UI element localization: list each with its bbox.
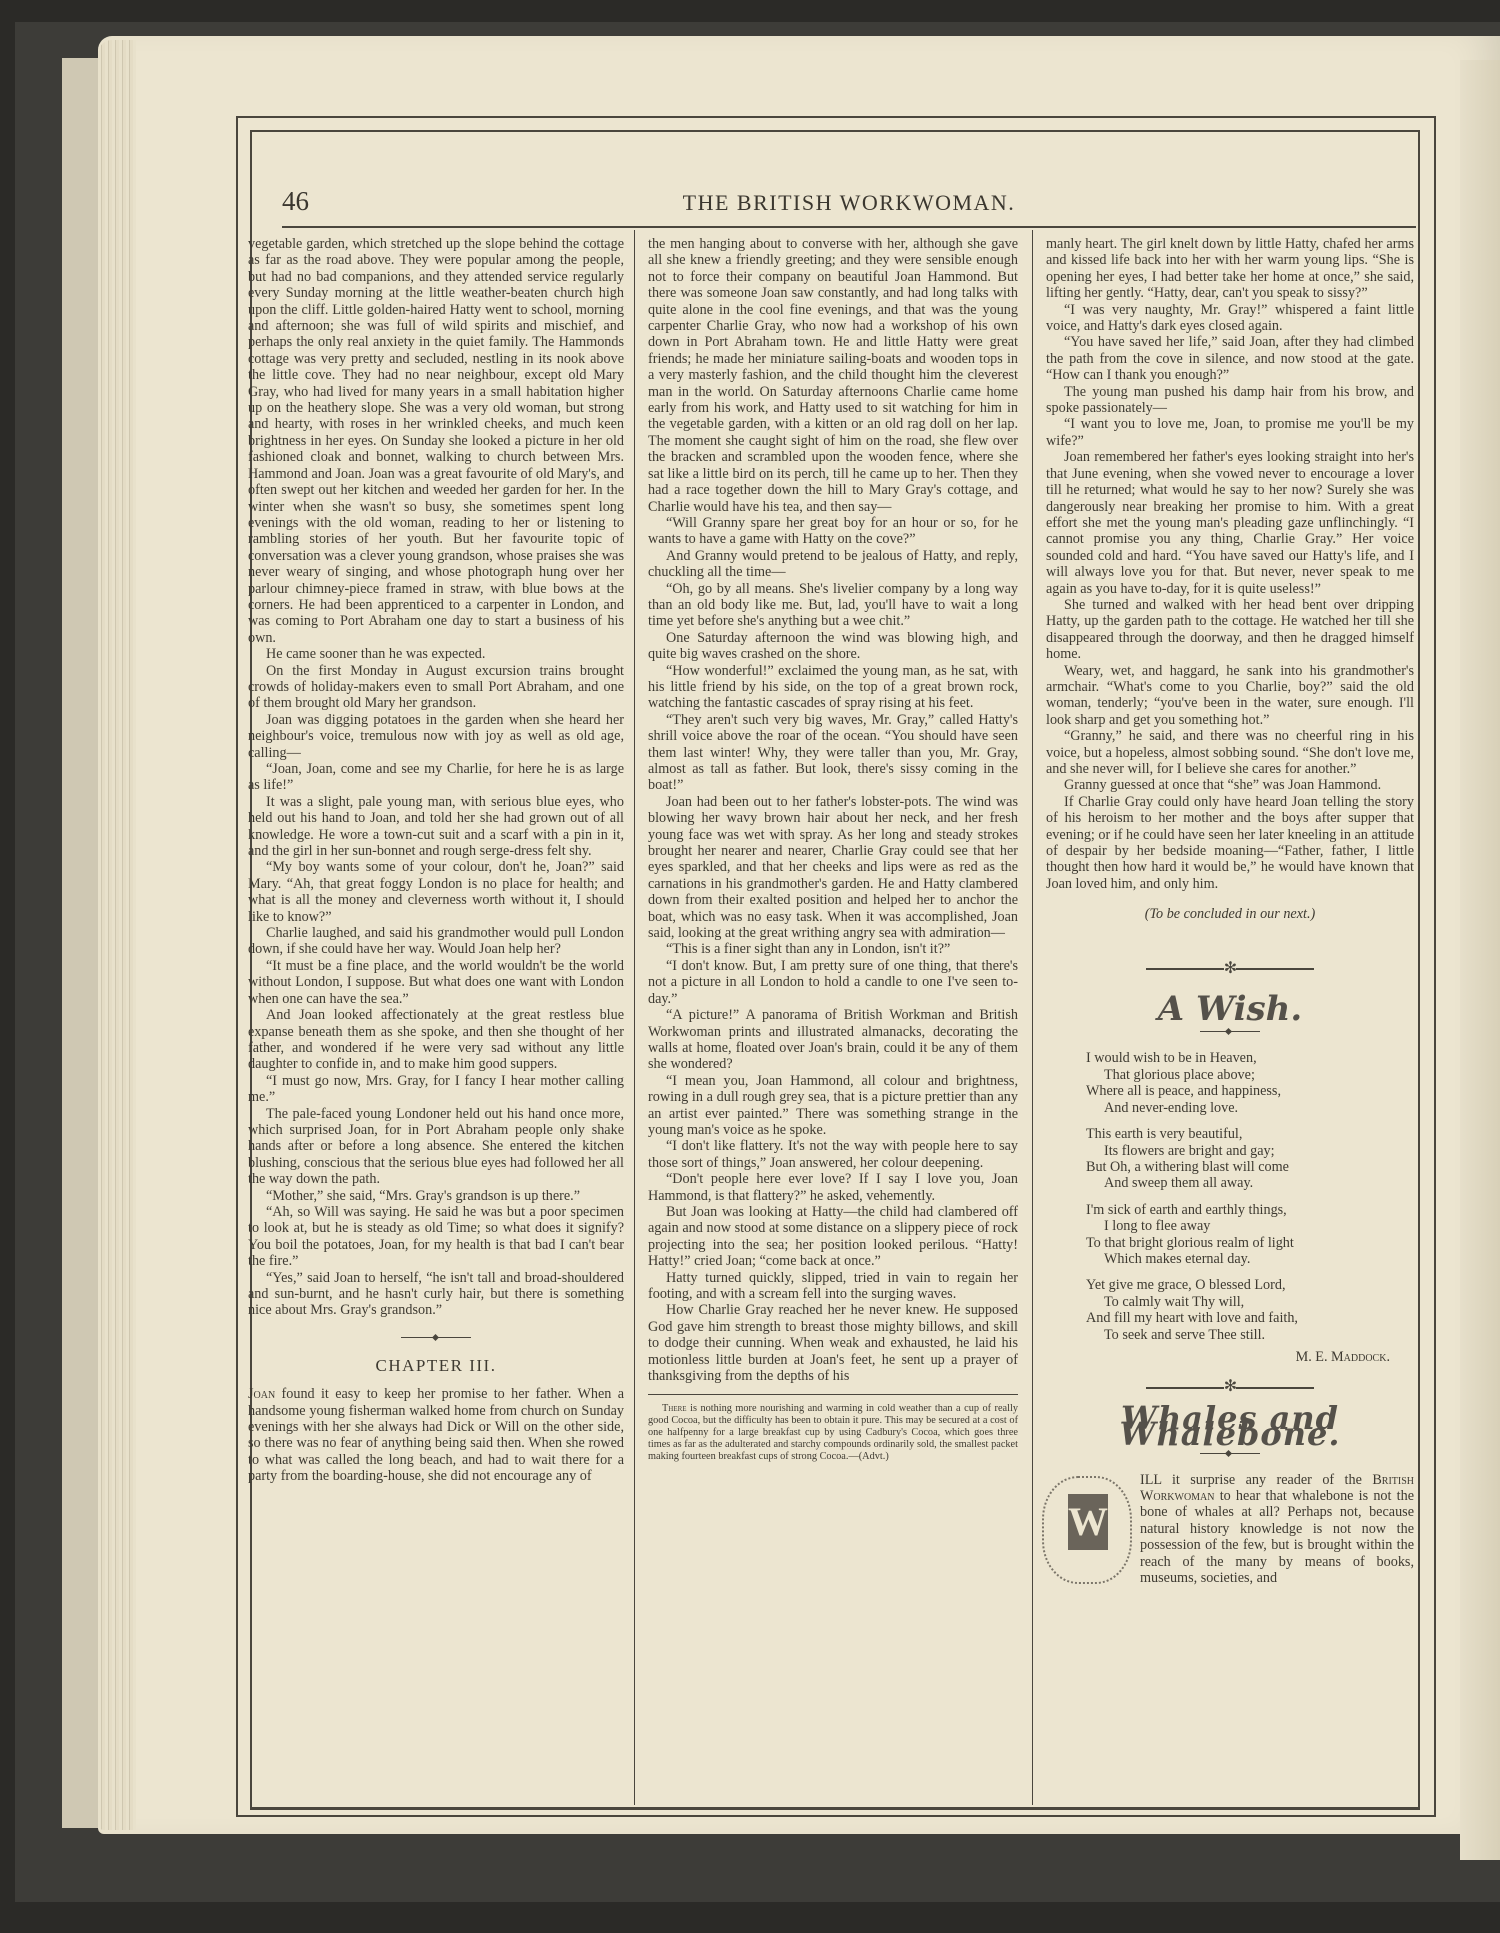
poem-stanza: I'm sick of earth and earthly things, I …: [1086, 1202, 1414, 1268]
page-stack-edges: [98, 40, 136, 1830]
cocoa-advertisement: There is nothing more nourishing and war…: [648, 1394, 1018, 1462]
poem-line: This earth is very beautiful,: [1086, 1126, 1414, 1142]
paragraph: “My boy wants some of your colour, don't…: [248, 859, 624, 925]
chapter-text: found it easy to keep her promise to her…: [248, 1386, 624, 1484]
paragraph: The pale-faced young Londoner held out h…: [248, 1106, 624, 1188]
paragraph: How Charlie Gray reached her he never kn…: [648, 1302, 1018, 1384]
section-divider: [401, 1337, 471, 1338]
poem-author: M. E. Maddock.: [1046, 1349, 1390, 1365]
poem-line: Its flowers are bright and gay;: [1086, 1143, 1414, 1159]
advert-lead-word: There: [662, 1403, 687, 1414]
publication-title: THE BRITISH WORKWOMAN.: [282, 190, 1416, 216]
poem-line: To seek and serve Thee still.: [1086, 1327, 1414, 1343]
poem-line: Which makes eternal day.: [1086, 1251, 1414, 1267]
paragraph: And Joan looked affectionately at the gr…: [248, 1007, 624, 1073]
advert-text: is nothing more nourishing and warming i…: [648, 1403, 1018, 1461]
chapter-opening-paragraph: Joan found it easy to keep her promise t…: [248, 1386, 624, 1484]
paragraph: Hatty turned quickly, slipped, tried in …: [648, 1270, 1018, 1303]
poem-stanza: I would wish to be in Heaven, That glori…: [1086, 1050, 1414, 1116]
paragraph: “How wonderful!” exclaimed the young man…: [648, 663, 1018, 712]
paragraph: On the first Monday in August excursion …: [248, 663, 624, 712]
paragraph: Weary, wet, and haggard, he sank into hi…: [1046, 663, 1414, 729]
poem-line: To that bright glorious realm of light: [1086, 1235, 1414, 1251]
paragraph: the men hanging about to converse with h…: [648, 236, 1018, 515]
paragraph: “I must go now, Mrs. Gray, for I fancy I…: [248, 1073, 624, 1106]
poem-line: I'm sick of earth and earthly things,: [1086, 1202, 1414, 1218]
ornamental-divider: ✻: [1046, 1379, 1414, 1395]
paragraph: “Granny,” he said, and there was no chee…: [1046, 728, 1414, 777]
paragraph: “It must be a fine place, and the world …: [248, 958, 624, 1007]
paragraph: Joan was digging potatoes in the garden …: [248, 712, 624, 761]
ornamental-divider: ✻: [1046, 961, 1414, 977]
column-3: manly heart. The girl knelt down by litt…: [1046, 236, 1414, 1586]
column-1: vegetable garden, which stretched up the…: [248, 236, 624, 1485]
poem-stanza: This earth is very beautiful, Its flower…: [1086, 1126, 1414, 1192]
paragraph: “You have saved her life,” said Joan, af…: [1046, 334, 1414, 383]
paragraph: “I mean you, Joan Hammond, all colour an…: [648, 1073, 1018, 1139]
previous-page-edge: [62, 58, 102, 1828]
paragraph: “Joan, Joan, come and see my Charlie, fo…: [248, 761, 624, 794]
paragraph: “I was very naughty, Mr. Gray!” whispere…: [1046, 302, 1414, 335]
paragraph: “A picture!” A panorama of British Workm…: [648, 1007, 1018, 1073]
drop-cap-letter: W: [1068, 1494, 1108, 1550]
column-rule-1: [634, 230, 635, 1805]
poem-line: Yet give me grace, O blessed Lord,: [1086, 1277, 1414, 1293]
article-body: W ILL it surprise any reader of the Brit…: [1046, 1472, 1414, 1587]
poem-line: And fill my heart with love and faith,: [1086, 1310, 1414, 1326]
paragraph: The young man pushed his damp hair from …: [1046, 384, 1414, 417]
ornamental-drop-cap: W: [1042, 1476, 1132, 1584]
title-rule: [1200, 1031, 1260, 1032]
paragraph: “Ah, so Will was saying. He said he was …: [248, 1204, 624, 1270]
paragraph: She turned and walked with her head bent…: [1046, 597, 1414, 663]
paragraph: “Yes,” said Joan to herself, “he isn't t…: [248, 1270, 624, 1319]
paragraph: “I want you to love me, Joan, to promise…: [1046, 416, 1414, 449]
paragraph: Granny guessed at once that “she” was Jo…: [1046, 777, 1414, 793]
paragraph: Joan remembered her father's eyes lookin…: [1046, 449, 1414, 597]
paragraph: “I don't know. But, I am pretty sure of …: [648, 958, 1018, 1007]
facing-page-edge: [1460, 60, 1500, 1860]
paragraph: If Charlie Gray could only have heard Jo…: [1046, 794, 1414, 892]
paragraph: “They aren't such very big waves, Mr. Gr…: [648, 712, 1018, 794]
paragraph: He came sooner than he was expected.: [248, 646, 624, 662]
poem-line: To calmly wait Thy will,: [1086, 1294, 1414, 1310]
article-title: Whales and Whalebone.: [1046, 1410, 1414, 1443]
poem-line: And never-ending love.: [1086, 1100, 1414, 1116]
poem-title: A Wish.: [1046, 1001, 1414, 1017]
poem-line: I long to flee away: [1086, 1218, 1414, 1234]
paragraph: One Saturday afternoon the wind was blow…: [648, 630, 1018, 663]
title-rule: [1200, 1453, 1260, 1454]
poem-line: Where all is peace, and happiness,: [1086, 1083, 1414, 1099]
paragraph: “This is a finer sight than any in Londo…: [648, 941, 1018, 957]
column-rule-2: [1032, 230, 1033, 1805]
poem-line: That glorious place above;: [1086, 1067, 1414, 1083]
paragraph: “Will Granny spare her great boy for an …: [648, 515, 1018, 548]
chapter-heading: CHAPTER III.: [248, 1358, 624, 1374]
paragraph: “Don't people here ever love? If I say I…: [648, 1171, 1018, 1204]
paragraph: Joan had been out to her father's lobste…: [648, 794, 1018, 942]
article-text: ILL it surprise any reader of the: [1140, 1472, 1362, 1488]
continued-note: (To be concluded in our next.): [1046, 906, 1414, 922]
paragraph: “Mother,” she said, “Mrs. Gray's grandso…: [248, 1188, 624, 1204]
paragraph: Charlie laughed, and said his grandmothe…: [248, 925, 624, 958]
paragraph: “I don't like flattery. It's not the way…: [648, 1138, 1018, 1171]
poem-line: And sweep them all away.: [1086, 1175, 1414, 1191]
column-2: the men hanging about to converse with h…: [648, 236, 1018, 1462]
paragraph: vegetable garden, which stretched up the…: [248, 236, 624, 646]
paragraph: manly heart. The girl knelt down by litt…: [1046, 236, 1414, 302]
poem-stanza: Yet give me grace, O blessed Lord, To ca…: [1086, 1277, 1414, 1343]
poem-line: But Oh, a withering blast will come: [1086, 1159, 1414, 1175]
paragraph: “Oh, go by all means. She's livelier com…: [648, 581, 1018, 630]
lead-word: Joan: [248, 1386, 275, 1402]
paragraph: It was a slight, pale young man, with se…: [248, 794, 624, 860]
running-header: 46 THE BRITISH WORKWOMAN.: [282, 186, 1416, 228]
paragraph: But Joan was looking at Hatty—the child …: [648, 1204, 1018, 1270]
poem-line: I would wish to be in Heaven,: [1086, 1050, 1414, 1066]
paragraph: And Granny would pretend to be jealous o…: [648, 548, 1018, 581]
poem: I would wish to be in Heaven, That glori…: [1086, 1050, 1414, 1343]
